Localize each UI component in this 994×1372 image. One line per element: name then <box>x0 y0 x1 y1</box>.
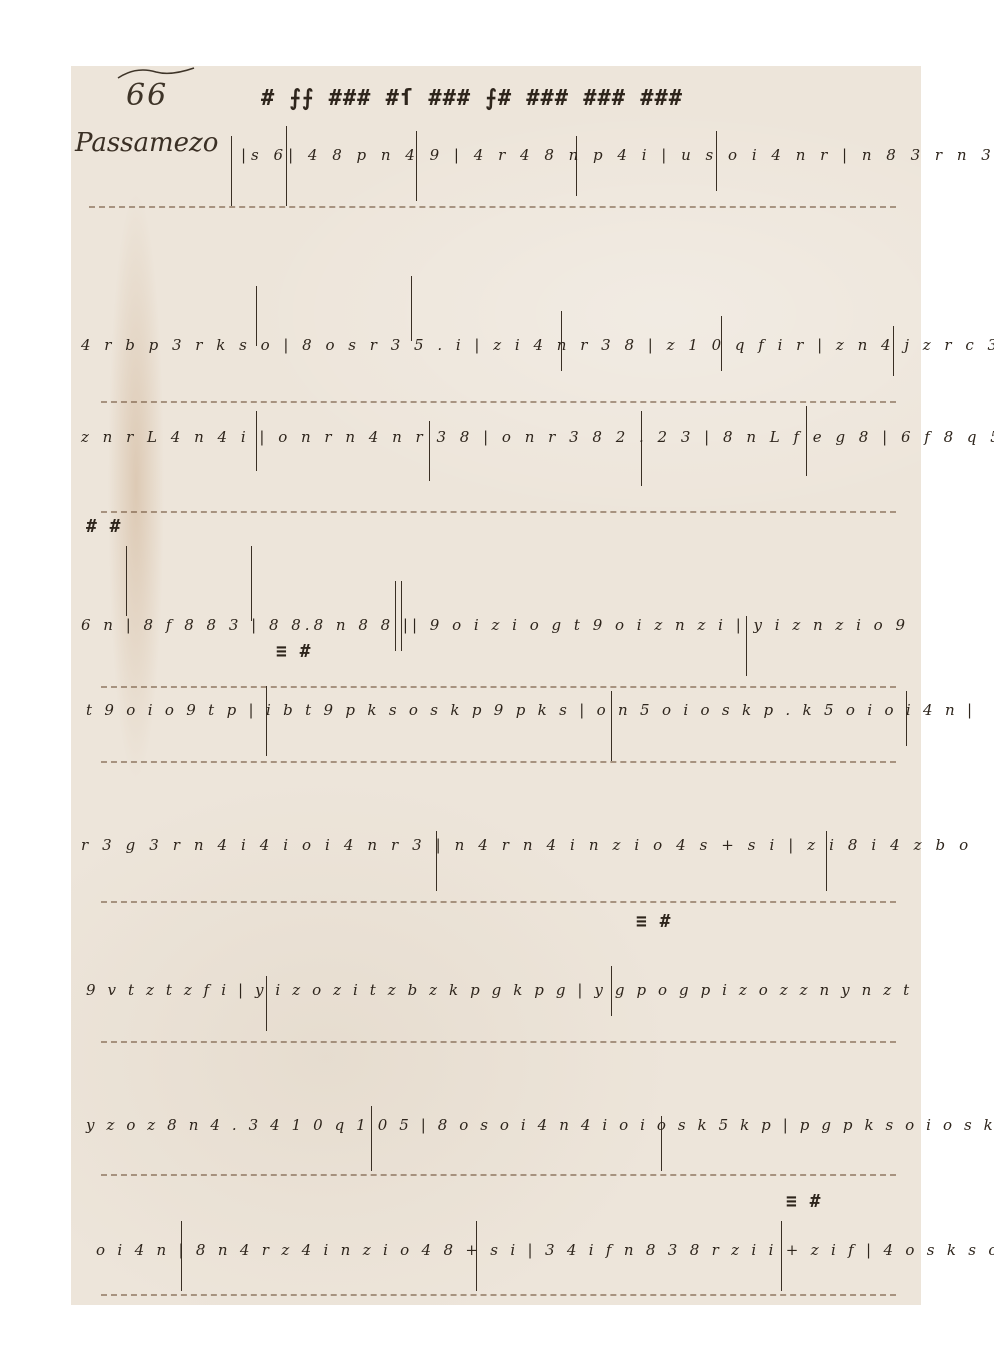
barline <box>126 546 127 616</box>
barline <box>416 131 417 201</box>
staff-rule <box>101 1174 896 1176</box>
barline <box>251 546 252 621</box>
tablature-line: 4 r b p 3 r k s o | 8 o s r 3 5 . i | z … <box>81 336 994 354</box>
barline <box>576 136 577 196</box>
rhythm-signs: ≡ # <box>276 641 312 662</box>
tablature-line: r 3 g 3 r n 4 i 4 i o i 4 n r 3 | n 4 r … <box>81 836 973 854</box>
tablature-line: |s 6| 4 8 p n 4 9 | 4 r 4 8 n p 4 i | u … <box>241 146 994 164</box>
staff-rule <box>101 401 896 403</box>
barline <box>286 126 287 206</box>
tablature-line: 6 n | 8 f 8 8 3 | 8 8.8 n 8 8 || 9 o i z… <box>81 616 909 634</box>
rhythm-signs: ≡ # <box>636 911 672 932</box>
tablature-line: t 9 o i o 9 t p | i b t 9 p k s o s k p … <box>86 701 976 719</box>
manuscript-page: 66 Passamezo # ⨍⨍ ### #ſ ### ⨍# ### ### … <box>71 66 921 1305</box>
rhythm-signs: # ⨍⨍ ### #ſ ### ⨍# ### ### ### <box>261 86 683 111</box>
barline <box>266 686 267 756</box>
tablature-line: y z o z 8 n 4 . 3 4 1 0 q 1 0 5 | 8 o s … <box>86 1116 994 1134</box>
tablature-system-4: # # 6 n | 8 f 8 8 3 | 8 8.8 n 8 8 || 9 o… <box>81 506 896 636</box>
barline <box>641 411 642 486</box>
staff-rule <box>101 901 896 903</box>
barline <box>411 276 412 341</box>
staff-rule <box>101 1294 896 1296</box>
tablature-line: o i 4 n | 8 n 4 r z 4 i n z i o 4 8 + s … <box>96 1241 994 1259</box>
staff-rule <box>101 1041 896 1043</box>
rhythm-signs: ≡ # <box>786 1191 822 1212</box>
tablature-line: 9 v t z t z f i | y i z o z i t z b z k … <box>86 981 913 999</box>
tablature-system-7: ≡ # 9 v t z t z f i | y i z o z i t z b … <box>81 906 896 1056</box>
rhythm-signs: # # <box>86 516 122 537</box>
staff-rule <box>101 761 896 763</box>
barline <box>231 136 232 206</box>
tablature-line: z n r L 4 n 4 i | o n r n 4 n r 3 8 | o … <box>81 428 994 446</box>
tablature-system-5: ≡ # t 9 o i o 9 t p | i b t 9 p k s o s … <box>81 636 896 786</box>
tablature-system-9: ≡ # o i 4 n | 8 n 4 r z 4 i n z i o 4 8 … <box>81 1181 896 1306</box>
tablature-system-6: r 3 g 3 r n 4 i 4 i o i 4 n r 3 | n 4 r … <box>81 791 896 921</box>
tablature-system-1: # ⨍⨍ ### #ſ ### ⨍# ### ### ### |s 6| 4 8… <box>81 76 896 211</box>
tablature-system-8: y z o z 8 n 4 . 3 4 1 0 q 1 0 5 | 8 o s … <box>81 1066 896 1186</box>
staff-rule <box>89 206 896 208</box>
tablature-system-2: 4 r b p 3 r k s o | 8 o s r 3 5 . i | z … <box>81 216 896 356</box>
